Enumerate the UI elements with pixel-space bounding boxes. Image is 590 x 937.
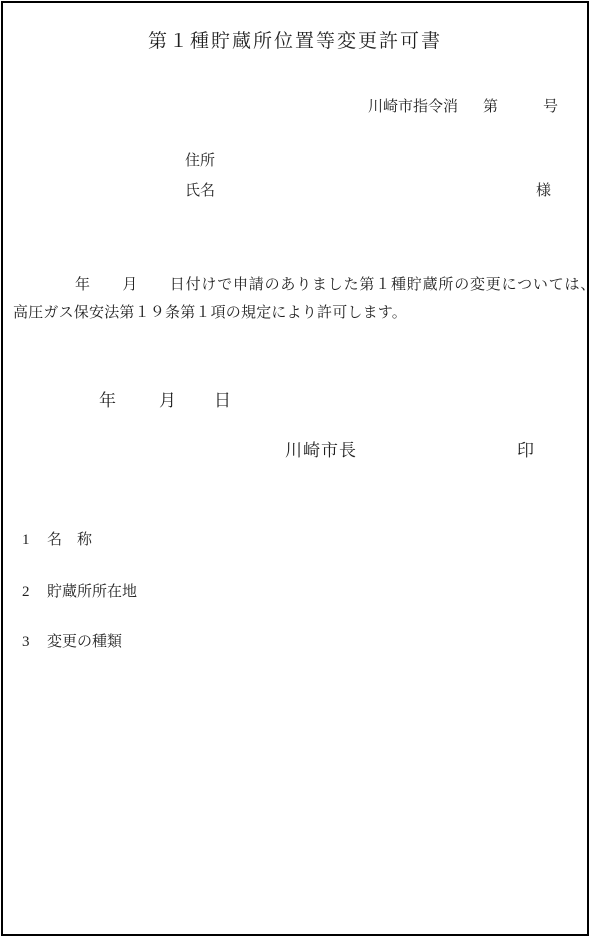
month-label: 月 (159, 391, 176, 411)
mayor-signature-label: 川崎市長 (285, 441, 357, 461)
permit-item-change-type: 3 変更の種類 (22, 633, 122, 651)
body-paragraph-line-1: 年 月 日付けで申請のありました第１種貯蔵所の変更については、 (75, 276, 590, 294)
item-label: 貯蔵所所在地 (47, 583, 137, 601)
name-label: 氏名 (185, 182, 215, 200)
permit-item-storage-location: 2 貯蔵所所在地 (22, 583, 137, 601)
number-prefix-label: 第 (483, 98, 498, 116)
issue-date-line: 年 月 日 (99, 391, 231, 411)
item-number: 1 (22, 531, 47, 549)
item-label: 名 称 (47, 531, 92, 549)
body-paragraph-line-2: 高圧ガス保安法第１９条第１項の規定により許可します。 (13, 304, 407, 322)
address-label: 住所 (185, 152, 215, 170)
item-number: 3 (22, 633, 47, 651)
honorific-label: 様 (536, 182, 551, 200)
item-label: 変更の種類 (47, 633, 122, 651)
permit-item-name: 1 名 称 (22, 531, 92, 549)
item-number: 2 (22, 583, 47, 601)
number-suffix-label: 号 (543, 98, 558, 116)
year-label: 年 (99, 391, 116, 411)
doc-number-line: 川崎市指令消 第 号 (368, 98, 558, 116)
day-label: 日 (214, 391, 231, 411)
issuing-agency-label: 川崎市指令消 (368, 98, 458, 116)
page-border (1, 1, 589, 936)
seal-placeholder-label: 印 (517, 441, 534, 461)
document-title: 第１種貯蔵所位置等変更許可書 (0, 31, 590, 54)
